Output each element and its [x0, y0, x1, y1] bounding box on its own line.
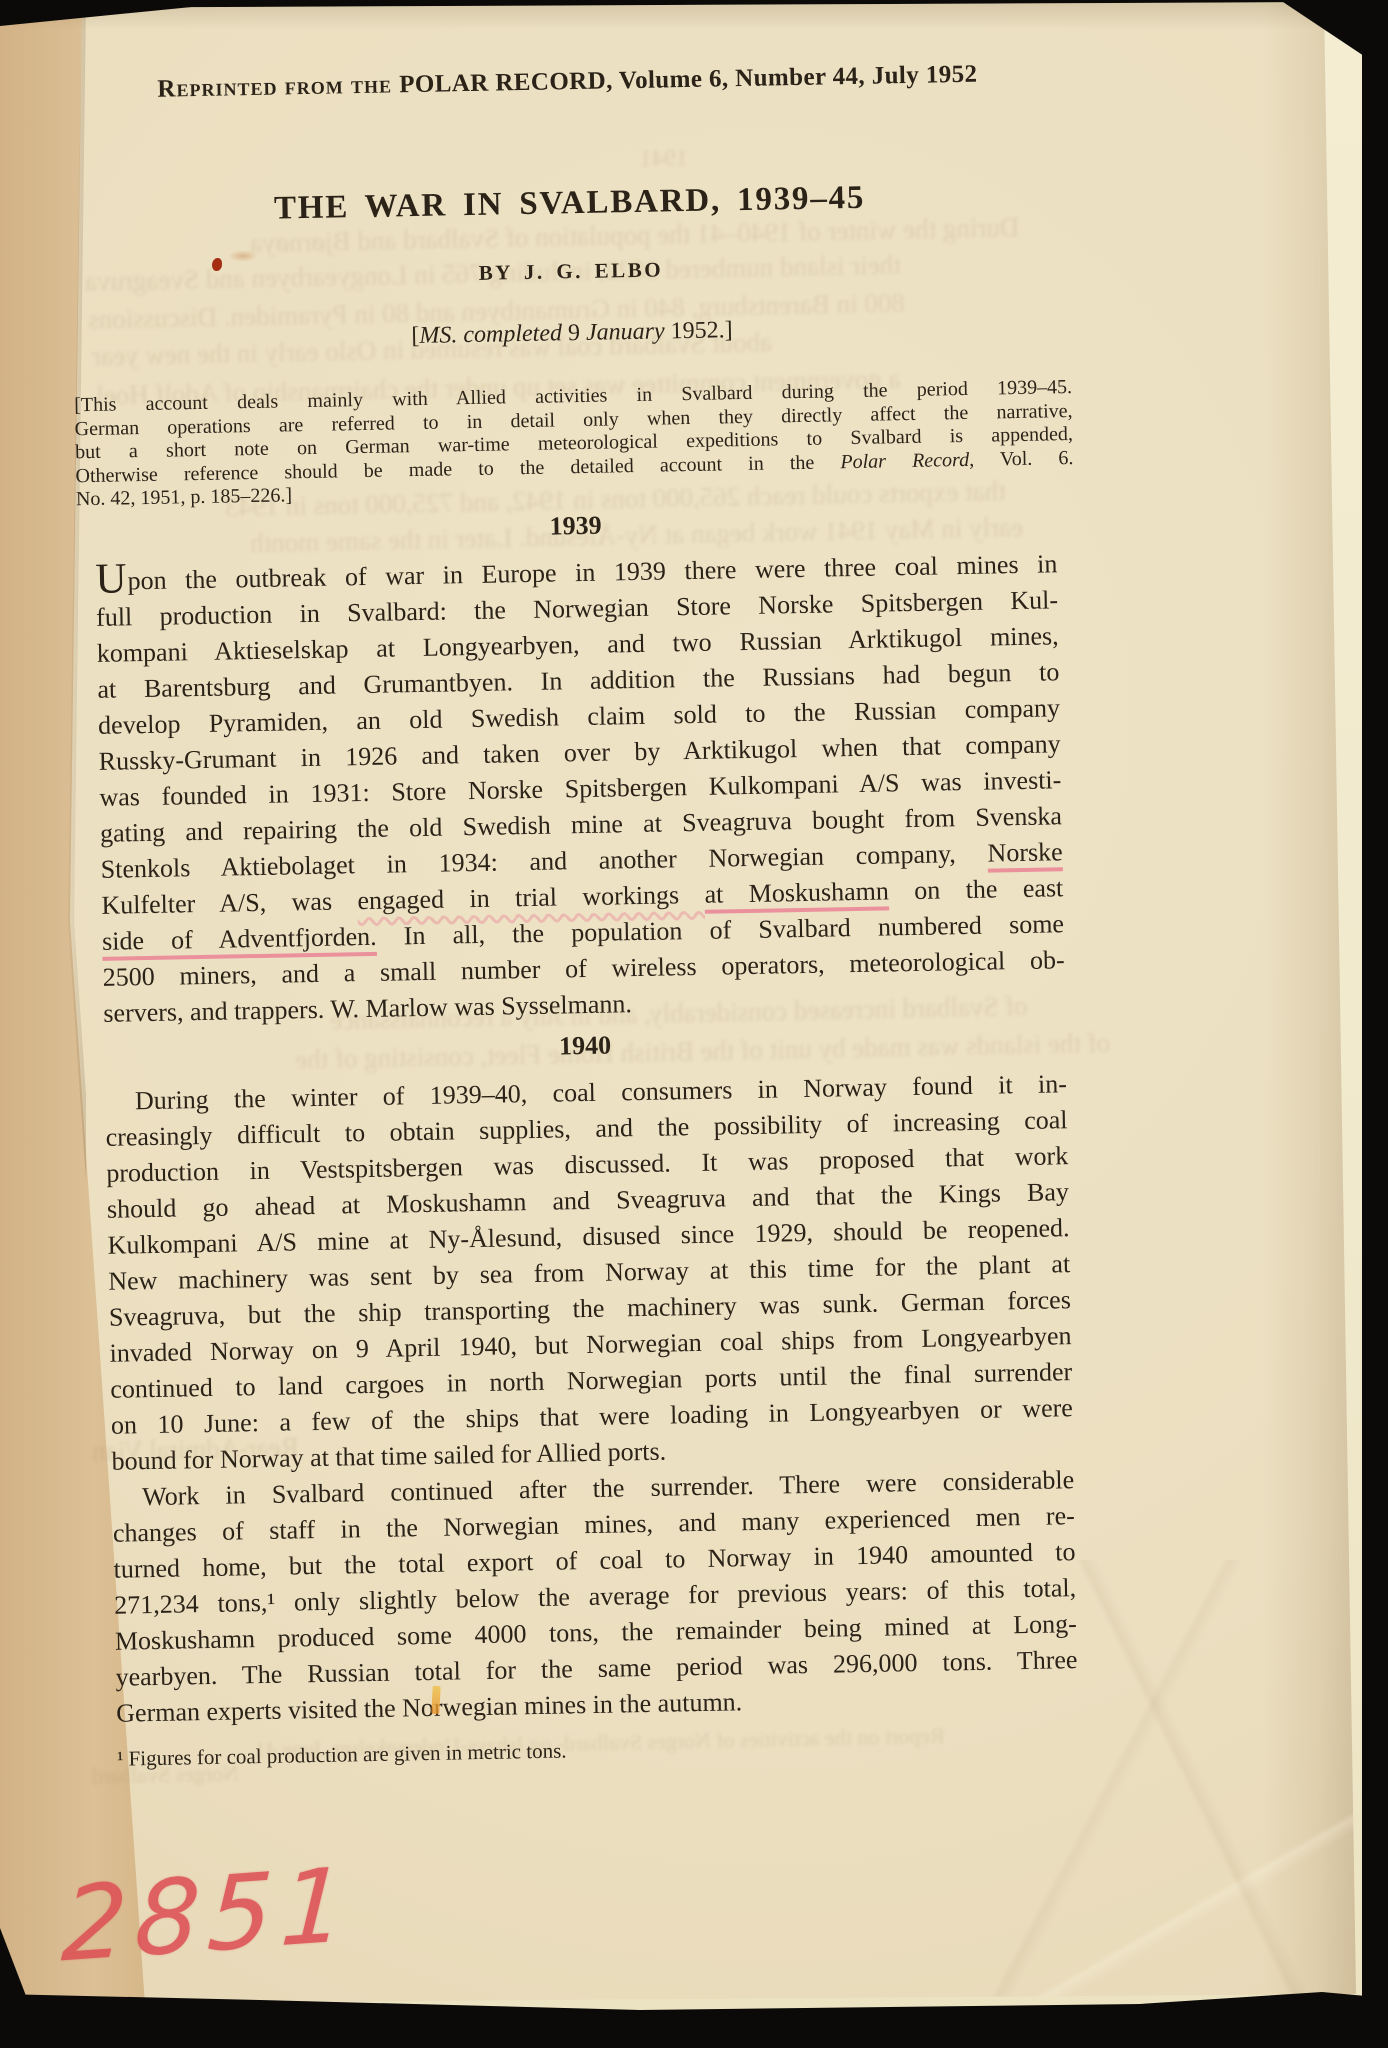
section-heading-1939: 1939 [94, 502, 1056, 550]
printed-article: Reprinted from the POLAR RECORD, Volume … [86, 46, 1083, 1963]
handwritten-accession-number: 2851 [59, 1845, 356, 1985]
page-title: THE WAR IN SVALBARD, 1939–45 [88, 174, 1051, 232]
scanned-document-scene: Reprinted from the POLAR RECORD, Volume … [0, 0, 1388, 2048]
paragraph-1940-work: Work in Svalbard continued after the sur… [112, 1462, 1078, 1732]
text-run: servers, and trappers. W. Marlow was Sys… [103, 989, 632, 1028]
section-heading-1940: 1940 [104, 1022, 1066, 1070]
footnote-metric-tons: ¹ Figures for coal production are given … [117, 1728, 1079, 1772]
ms-note-date: 9 [562, 320, 586, 346]
scan-background-right [1366, 0, 1388, 2048]
text-run: , Vol. 6. [969, 447, 1074, 471]
issue-info: , Volume 6, Number 44, July 1952 [606, 61, 978, 95]
text-line: ¹ Figures for coal production are given … [117, 1728, 1079, 1772]
stain-smudge [228, 250, 258, 262]
text-run: U [95, 555, 128, 603]
journal-name: POLAR RECORD [399, 67, 606, 98]
document-page: Reprinted from the POLAR RECORD, Volume … [0, 0, 1388, 2048]
text-run: on the east [889, 873, 1064, 905]
ms-note-italic: MS. completed [419, 320, 562, 349]
text-run: German experts visited the Norwegian min… [116, 1687, 742, 1727]
text-run: No. 42, 1951, p. 185–226.] [76, 485, 292, 511]
reprint-prefix: Reprinted from the [157, 71, 399, 102]
paragraph-1939-overview: Upon the outbreak of war in Europe in 19… [95, 546, 1065, 1032]
text-run: at Moskushamn [704, 876, 889, 908]
article-body: [This account deals mainly with Allied a… [92, 376, 1079, 1771]
text-run: bound for Norway at that time sailed for… [111, 1437, 666, 1476]
paragraph-1940-winter: During the winter of 1939–40, coal consu… [105, 1066, 1074, 1480]
reprint-line: Reprinted from the POLAR RECORD, Volume … [86, 58, 1048, 106]
ms-note-year: 1952.] [664, 317, 732, 344]
orange-stain [431, 1686, 440, 1714]
editorial-note: [This account deals mainly with Allied a… [74, 376, 1074, 512]
text-run: Norske [987, 837, 1063, 867]
text-run: engaged in trial workings [357, 880, 705, 915]
text-run: Kulfelter A/S, was [101, 886, 358, 920]
ms-note-month: January [586, 318, 665, 345]
manuscript-note: [MS. completed 9 January 1952.] [91, 310, 1053, 356]
text-run: ¹ Figures for coal production are given … [117, 1738, 567, 1770]
text-run: side of Adventfjorden. [102, 922, 377, 956]
text-run: Polar Record [840, 449, 969, 473]
